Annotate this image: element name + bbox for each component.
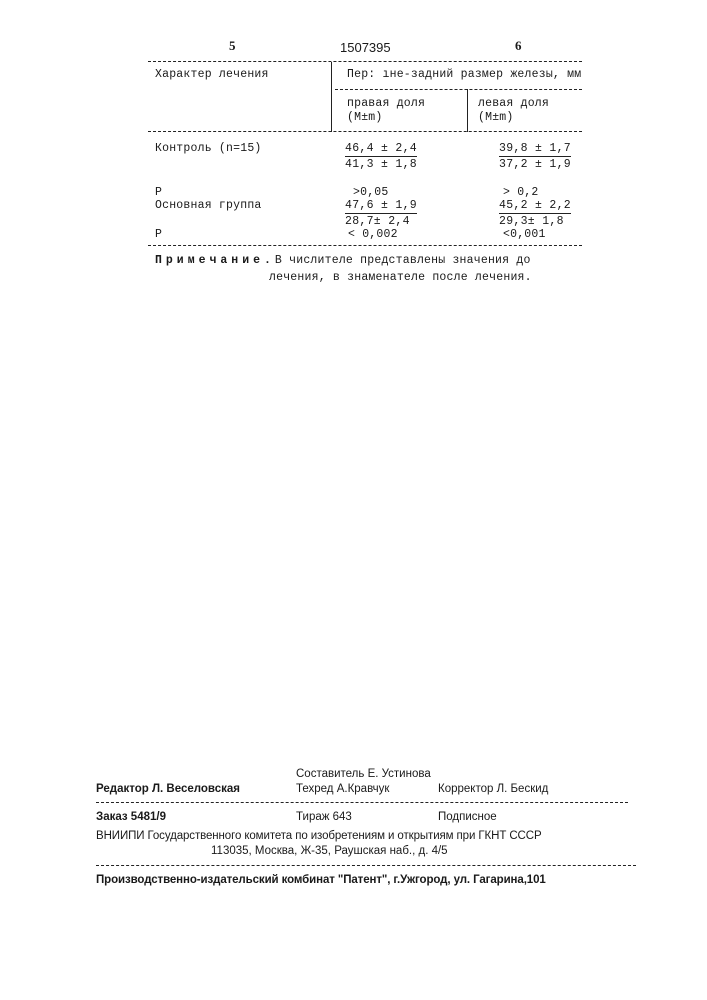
table-bottom-rule <box>148 245 582 246</box>
p-value-left: > 0,2 <box>503 186 539 199</box>
technical-editor: Техред А.Кравчук <box>296 783 389 795</box>
row-label: P <box>155 228 162 241</box>
denominator: 28,7± 2,4 <box>345 214 417 228</box>
row-label: Основная группа <box>155 199 262 212</box>
publisher: Производственно-издательский комбинат "П… <box>96 874 546 886</box>
column-header-right-lobe: правая доля <box>347 97 425 110</box>
numerator: 39,8 ± 1,7 <box>499 142 571 157</box>
table-column-divider <box>331 62 332 132</box>
note-line-1: В числителе представлены значения до <box>275 254 531 267</box>
editor: Редактор Л. Веселовская <box>96 783 240 795</box>
column-header-left-lobe-unit: (M±m) <box>478 111 514 124</box>
table-subcolumn-divider <box>467 89 468 132</box>
table-header-bottom-rule <box>148 131 582 132</box>
note-line-2: лечения, в знаменателе после лечения. <box>269 271 532 284</box>
compiler: Составитель Е. Устинова <box>296 768 431 780</box>
fraction-left-lobe: 45,2 ± 2,2 29,3± 1,8 <box>499 199 571 228</box>
p-value-left: <0,001 <box>503 228 546 241</box>
circulation: Тираж 643 <box>296 811 352 823</box>
column-header-left-lobe: левая доля <box>478 97 549 110</box>
numerator: 46,4 ± 2,4 <box>345 142 417 157</box>
table-subheader-rule <box>335 89 582 90</box>
fraction-right-lobe: 47,6 ± 1,9 28,7± 2,4 <box>345 199 417 228</box>
column-header-group: Пер: ıне-задний размер железы, мм <box>347 68 581 81</box>
column-header-right-lobe-unit: (M±m) <box>347 111 383 124</box>
corrector: Корректор Л. Бескид <box>438 783 548 795</box>
row-label: P <box>155 186 162 199</box>
organization-address: 113035, Москва, Ж-35, Раушская наб., д. … <box>211 845 448 857</box>
subscription: Подписное <box>438 811 497 823</box>
denominator: 29,3± 1,8 <box>499 214 571 228</box>
column-header-treatment: Характер лечения <box>155 68 269 81</box>
document-number: 1507395 <box>340 40 391 55</box>
page-number-right: 6 <box>515 38 522 54</box>
fraction-right-lobe: 46,4 ± 2,4 41,3 ± 1,8 <box>345 142 417 171</box>
denominator: 37,2 ± 1,9 <box>499 157 571 171</box>
note-label: Примечание. <box>155 254 275 267</box>
table-note: Примечание.В числителе представлены знач… <box>155 254 531 267</box>
table-top-rule <box>148 61 582 62</box>
p-value-right: >0,05 <box>353 186 389 199</box>
colophon-rule-2 <box>96 865 636 866</box>
fraction-left-lobe: 39,8 ± 1,7 37,2 ± 1,9 <box>499 142 571 171</box>
organization: ВНИИПИ Государственного комитета по изоб… <box>96 830 542 842</box>
p-value-right: < 0,002 <box>348 228 398 241</box>
denominator: 41,3 ± 1,8 <box>345 157 417 171</box>
page-number-left: 5 <box>229 38 236 54</box>
order-number: Заказ 5481/9 <box>96 811 166 823</box>
colophon-rule-1 <box>96 802 628 803</box>
numerator: 45,2 ± 2,2 <box>499 199 571 214</box>
row-label: Контроль (n=15) <box>155 142 262 155</box>
numerator: 47,6 ± 1,9 <box>345 199 417 214</box>
